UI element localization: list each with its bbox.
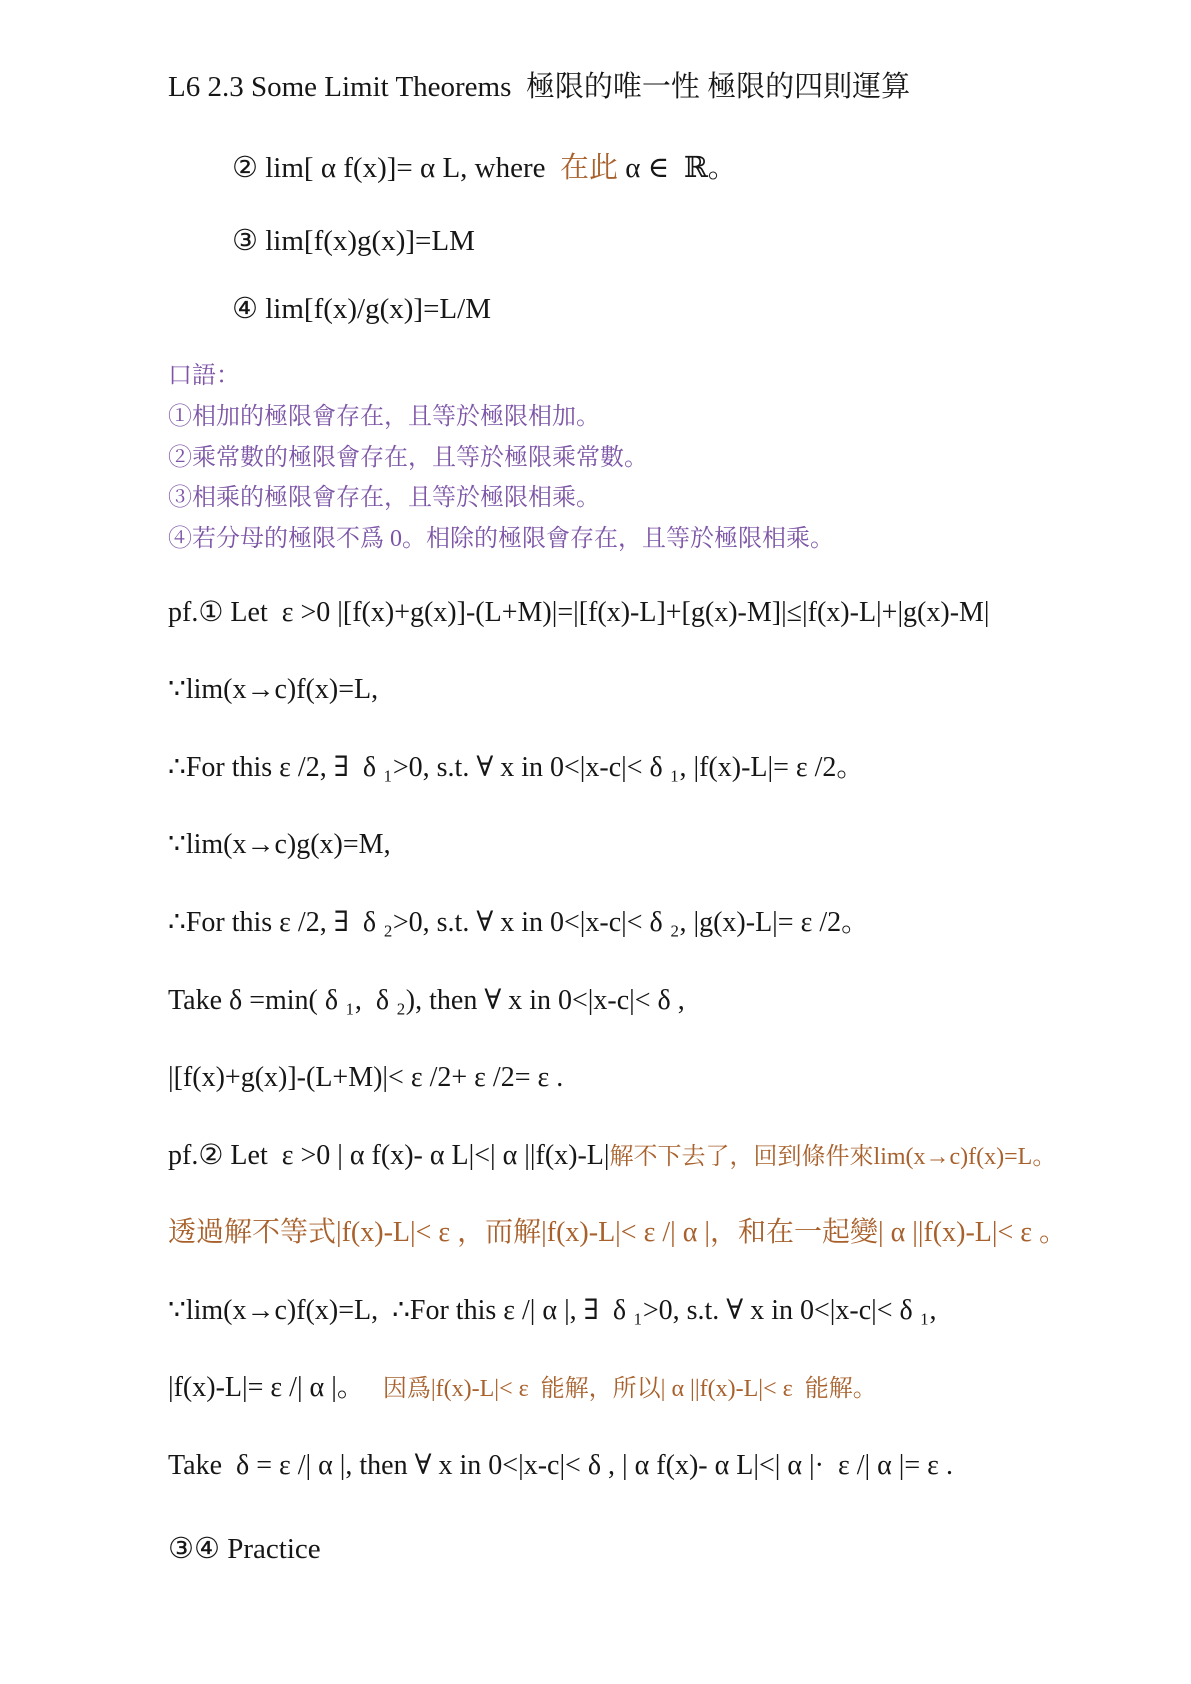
speech-item-3: ③相乘的極限會存在，且等於極限相乘。 <box>168 483 1191 515</box>
theorem-2-line: ② lim[ α f(x)]= α L, where 在此 α ∈ ℝ。 <box>232 151 1191 186</box>
proof-2-setup-annotation: 解不下去了，回到條件來lim(x→c)f(x)=L。 <box>610 1144 1057 1170</box>
proof-2-setup: pf.② Let ε >0 | α f(x)- α L|<| α ||f(x)-… <box>168 1139 1191 1173</box>
document-page: L6 2.3 Some Limit Theorems 極限的唯一性 極限的四則運… <box>0 0 1191 1684</box>
proof-2-bound-annotation: 因爲|f(x)-L|< ε 能解，所以| α ||f(x)-L|< ε 能解。 <box>365 1376 877 1402</box>
speech-item-1: ①相加的極限會存在，且等於極限相加。 <box>168 402 1191 434</box>
page-title: L6 2.3 Some Limit Theorems 極限的唯一性 極限的四則運… <box>168 0 1191 105</box>
proof-1-delta1: ∴For this ε /2, ∃ δ ₁>0, s.t. ∀ x in 0<|… <box>168 751 1191 785</box>
proof-1-conclusion: |[f(x)+g(x)]-(L+M)|< ε /2+ ε /2= ε . <box>168 1061 1191 1095</box>
proof-2-conclusion: Take δ = ε /| α |, then ∀ x in 0<|x-c|< … <box>168 1449 1191 1483</box>
proof-2-bound-math: |f(x)-L|= ε /| α |。 <box>168 1372 365 1403</box>
proof-1-since-f: ∵lim(x→c)f(x)=L, <box>168 673 1191 707</box>
speech-header: 口語： <box>168 361 1191 393</box>
theorem-4-line: ④ lim[f(x)/g(x)]=L/M <box>232 292 1191 327</box>
practice-line: ③④ Practice <box>168 1531 1191 1566</box>
speech-item-2: ②乘常數的極限會存在，且等於極限乘常數。 <box>168 443 1191 475</box>
proof-2-delta1: ∵lim(x→c)f(x)=L, ∴For this ε /| α |, ∃ δ… <box>168 1294 1191 1328</box>
proof-1-since-g: ∵lim(x→c)g(x)=M, <box>168 828 1191 862</box>
theorem-2-annotation: 在此 <box>560 152 618 184</box>
theorem-3-line: ③ lim[f(x)g(x)]=LM <box>232 224 1191 259</box>
proof-1-take-delta: Take δ =min( δ ₁, δ ₂), then ∀ x in 0<|x… <box>168 984 1191 1018</box>
proof-1-delta2: ∴For this ε /2, ∃ δ ₂>0, s.t. ∀ x in 0<|… <box>168 906 1191 940</box>
proof-1-setup: pf.① Let ε >0 |[f(x)+g(x)]-(L+M)|=|[f(x)… <box>168 596 1191 630</box>
proof-2-explanation: 透過解不等式|f(x)-L|< ε ，而解|f(x)-L|< ε /| α |，… <box>168 1216 1191 1250</box>
proof-2-setup-math: pf.② Let ε >0 | α f(x)- α L|<| α ||f(x)-… <box>168 1140 610 1171</box>
speech-item-4: ④若分母的極限不爲 0。相除的極限會存在，且等於極限相乘。 <box>168 524 1191 556</box>
theorem-2-math: ② lim[ α f(x)]= α L, where <box>232 152 560 184</box>
proof-2-bound: |f(x)-L|= ε /| α |。 因爲|f(x)-L|< ε 能解，所以|… <box>168 1371 1191 1405</box>
theorem-2-math-tail: α ∈ ℝ。 <box>618 152 737 184</box>
